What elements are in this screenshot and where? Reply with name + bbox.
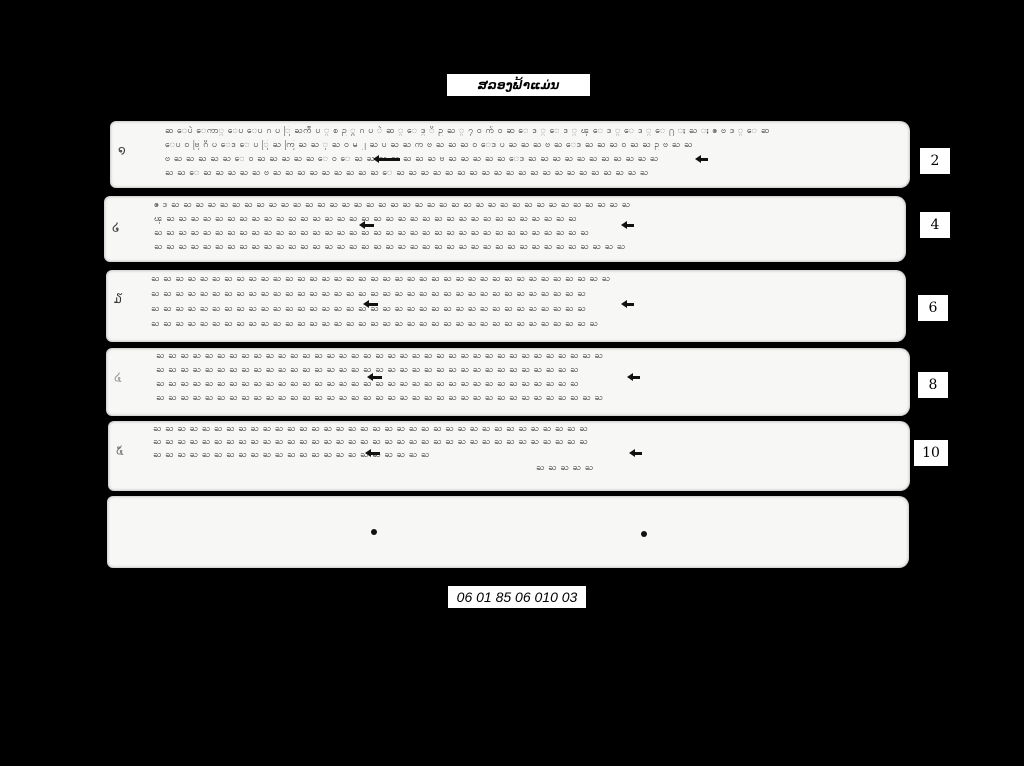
- script-line: ႀ ႀ ႀ ႀ ႀ ႀ ႀ ႀ ႀ ႀ ႀ ႀ ႀ ႀ ႀ ႀ ႀ ႀ ႀ ႀ …: [156, 379, 901, 389]
- script-line: ႀ ႀ ႀ ႀ ႀ ႀ ႀ ႀ ႀ ႀ ႀ ႀ ႀ ႀ ႀ ႀ ႀ ႀ ႀ ႀ …: [151, 289, 896, 299]
- binding-hole-icon: [641, 531, 647, 537]
- script-line: ေပ ၀ ဗြ ဂိ ပ ေဒ ေ ပ ြ ႀ ကြ ႀ ႀ ု ႀ ၀ မ ၂…: [165, 140, 900, 150]
- leaf-margin-mark: ໑: [118, 143, 126, 157]
- page-number-label: 6: [918, 295, 948, 321]
- palm-leaf-1: ໑ ဆ ေပဲ ေကာ္ ေပ ေပ ဂ ပ ြ ႀကဳ ပ ္ စ ဥ ္ဂ …: [110, 121, 910, 188]
- script-line: ႀ ႀ ႀ ႀ ႀ ႀ ႀ ႀ ႀ ႀ ႀ ႀ ႀ ႀ ႀ ႀ ႀ ႀ ႀ ႀ …: [151, 304, 896, 314]
- page-number-label: 2: [920, 148, 950, 174]
- binding-hole-arrow-icon: [372, 376, 382, 379]
- palm-leaf-3: ໓ ႀ ႀ ႀ ႀ ႀ ႀ ႀ ႀ ႀ ႀ ႀ ႀ ႀ ႀ ႀ ႀ ႀ ႀ ႀ …: [106, 270, 906, 342]
- script-line: ႀ ႀ ႀ ႀ ႀ ႀ ႀ ႀ ႀ ႀ ႀ ႀ ႀ ႀ ႀ ႀ ႀ ႀ ႀ ႀ …: [156, 393, 901, 403]
- catalog-number-label: 06 01 85 06 010 03: [448, 586, 586, 608]
- leaf-margin-mark: ໓: [114, 292, 122, 306]
- binding-hole-arrow-icon: [632, 376, 640, 379]
- script-line: ၾ ႀ ႀ ႀ ႀ ႀ ႀ ႀ ႀ ႀ ႀ ႀ ႀ ႀ ႀ ႀ ႀ ႀ ႀ ႀ …: [154, 214, 894, 224]
- binding-hole-arrow-icon: [378, 158, 400, 161]
- script-line: ႀ ႀ ႀ ႀ ႀ ႀ ႀ ႀ ႀ ႀ ႀ ႀ ႀ ႀ ႀ ႀ ႀ ႀ ႀ ႀ …: [151, 319, 896, 329]
- script-line: ႀ ႀ ႀ ႀ ႀ ႀ ႀ ႀ ႀ ႀ ႀ ႀ ႀ ႀ ႀ ႀ ႀ ႀ ႀ ႀ …: [154, 242, 894, 252]
- script-line: ဗ ႀ ႀ ႀ ႀ ႀ ေ ၀ ႀ ႀ ႀ ႀ ႀ ေ ၀ ေ ႀ ႀ ႀ ႀ …: [165, 154, 900, 164]
- palm-leaf-6-blank: [107, 496, 909, 568]
- page-number-label: 4: [920, 212, 950, 238]
- leaf-margin-mark: ໒: [112, 220, 120, 234]
- page-number-label: 8: [918, 372, 948, 398]
- palm-leaf-2: ໒ ဧ ဒ ႀ ႀ ႀ ႀ ႀ ႀ ႀ ႀ ႀ ႀ ႀ ႀ ႀ ႀ ႀ ႀ ႀ …: [104, 196, 906, 262]
- script-line: ႀ ႀ ႀ ႀ ႀ ႀ ႀ ႀ ႀ ႀ ႀ ႀ ႀ ႀ ႀ ႀ ႀ ႀ ႀ ႀ …: [153, 450, 573, 460]
- manuscript-title-label: ສລອງຟ້າແມ່ນ: [447, 74, 590, 96]
- binding-hole-arrow-icon: [626, 224, 634, 227]
- script-line: ႀ ႀ ႀ ႀ ႀ ႀ ႀ ႀ ႀ ႀ ႀ ႀ ႀ ႀ ႀ ႀ ႀ ႀ ႀ ႀ …: [154, 228, 894, 238]
- script-line: ႀ ႀ ႀ ႀ ႀ ႀ ႀ ႀ ႀ ႀ ႀ ႀ ႀ ႀ ႀ ႀ ႀ ႀ ႀ ႀ …: [156, 351, 901, 361]
- script-line: ဧ ဒ ႀ ႀ ႀ ႀ ႀ ႀ ႀ ႀ ႀ ႀ ႀ ႀ ႀ ႀ ႀ ႀ ႀ ႀ …: [154, 200, 894, 210]
- script-line: ႀ ႀ ႀ ႀ ႀ ႀ ႀ ႀ ႀ ႀ ႀ ႀ ႀ ႀ ႀ ႀ ႀ ႀ ႀ ႀ …: [153, 437, 813, 447]
- binding-hole-icon: [371, 529, 377, 535]
- script-line: ႀ ႀ ေ ႀ ႀ ႀ ႀ ႀ ဗ ႀ ႀ ႀ ႀ ႀ ႀ ႀ ႀ ႀ ေ ႀ …: [165, 168, 900, 178]
- leaf-margin-mark: ໕: [116, 443, 124, 457]
- script-line: ႀ ႀ ႀ ႀ ႀ ႀ ႀ ႀ ႀ ႀ ႀ ႀ ႀ ႀ ႀ ႀ ႀ ႀ ႀ ႀ …: [151, 274, 896, 284]
- script-line: ဆ ေပဲ ေကာ္ ေပ ေပ ဂ ပ ြ ႀကဳ ပ ္ စ ဥ ္ဂ ဂ …: [165, 126, 900, 136]
- binding-hole-arrow-icon: [626, 303, 634, 306]
- binding-hole-arrow-icon: [634, 452, 642, 455]
- palm-leaf-5: ໕ ႀ ႀ ႀ ႀ ႀ ႀ ႀ ႀ ႀ ႀ ႀ ႀ ႀ ႀ ႀ ႀ ႀ ႀ ႀ …: [108, 421, 910, 491]
- binding-hole-arrow-icon: [364, 224, 374, 227]
- leaf-margin-mark: ໔: [114, 370, 122, 384]
- binding-hole-arrow-icon: [700, 158, 708, 161]
- page-number-label: 10: [914, 440, 948, 466]
- script-line: ႀ ႀ ႀ ႀ ႀ ႀ ႀ ႀ ႀ ႀ ႀ ႀ ႀ ႀ ႀ ႀ ႀ ႀ ႀ ႀ …: [153, 424, 853, 434]
- binding-hole-arrow-icon: [368, 303, 378, 306]
- palm-leaf-4: ໔ ႀ ႀ ႀ ႀ ႀ ႀ ႀ ႀ ႀ ႀ ႀ ႀ ႀ ႀ ႀ ႀ ႀ ႀ ႀ …: [106, 348, 910, 416]
- script-line: ႀ ႀ ႀ ႀ ႀ: [536, 463, 596, 473]
- script-line: ႀ ႀ ႀ ႀ ႀ ႀ ႀ ႀ ႀ ႀ ႀ ႀ ႀ ႀ ႀ ႀ ႀ ႀ ႀ ႀ …: [156, 365, 901, 375]
- binding-hole-arrow-icon: [370, 452, 380, 455]
